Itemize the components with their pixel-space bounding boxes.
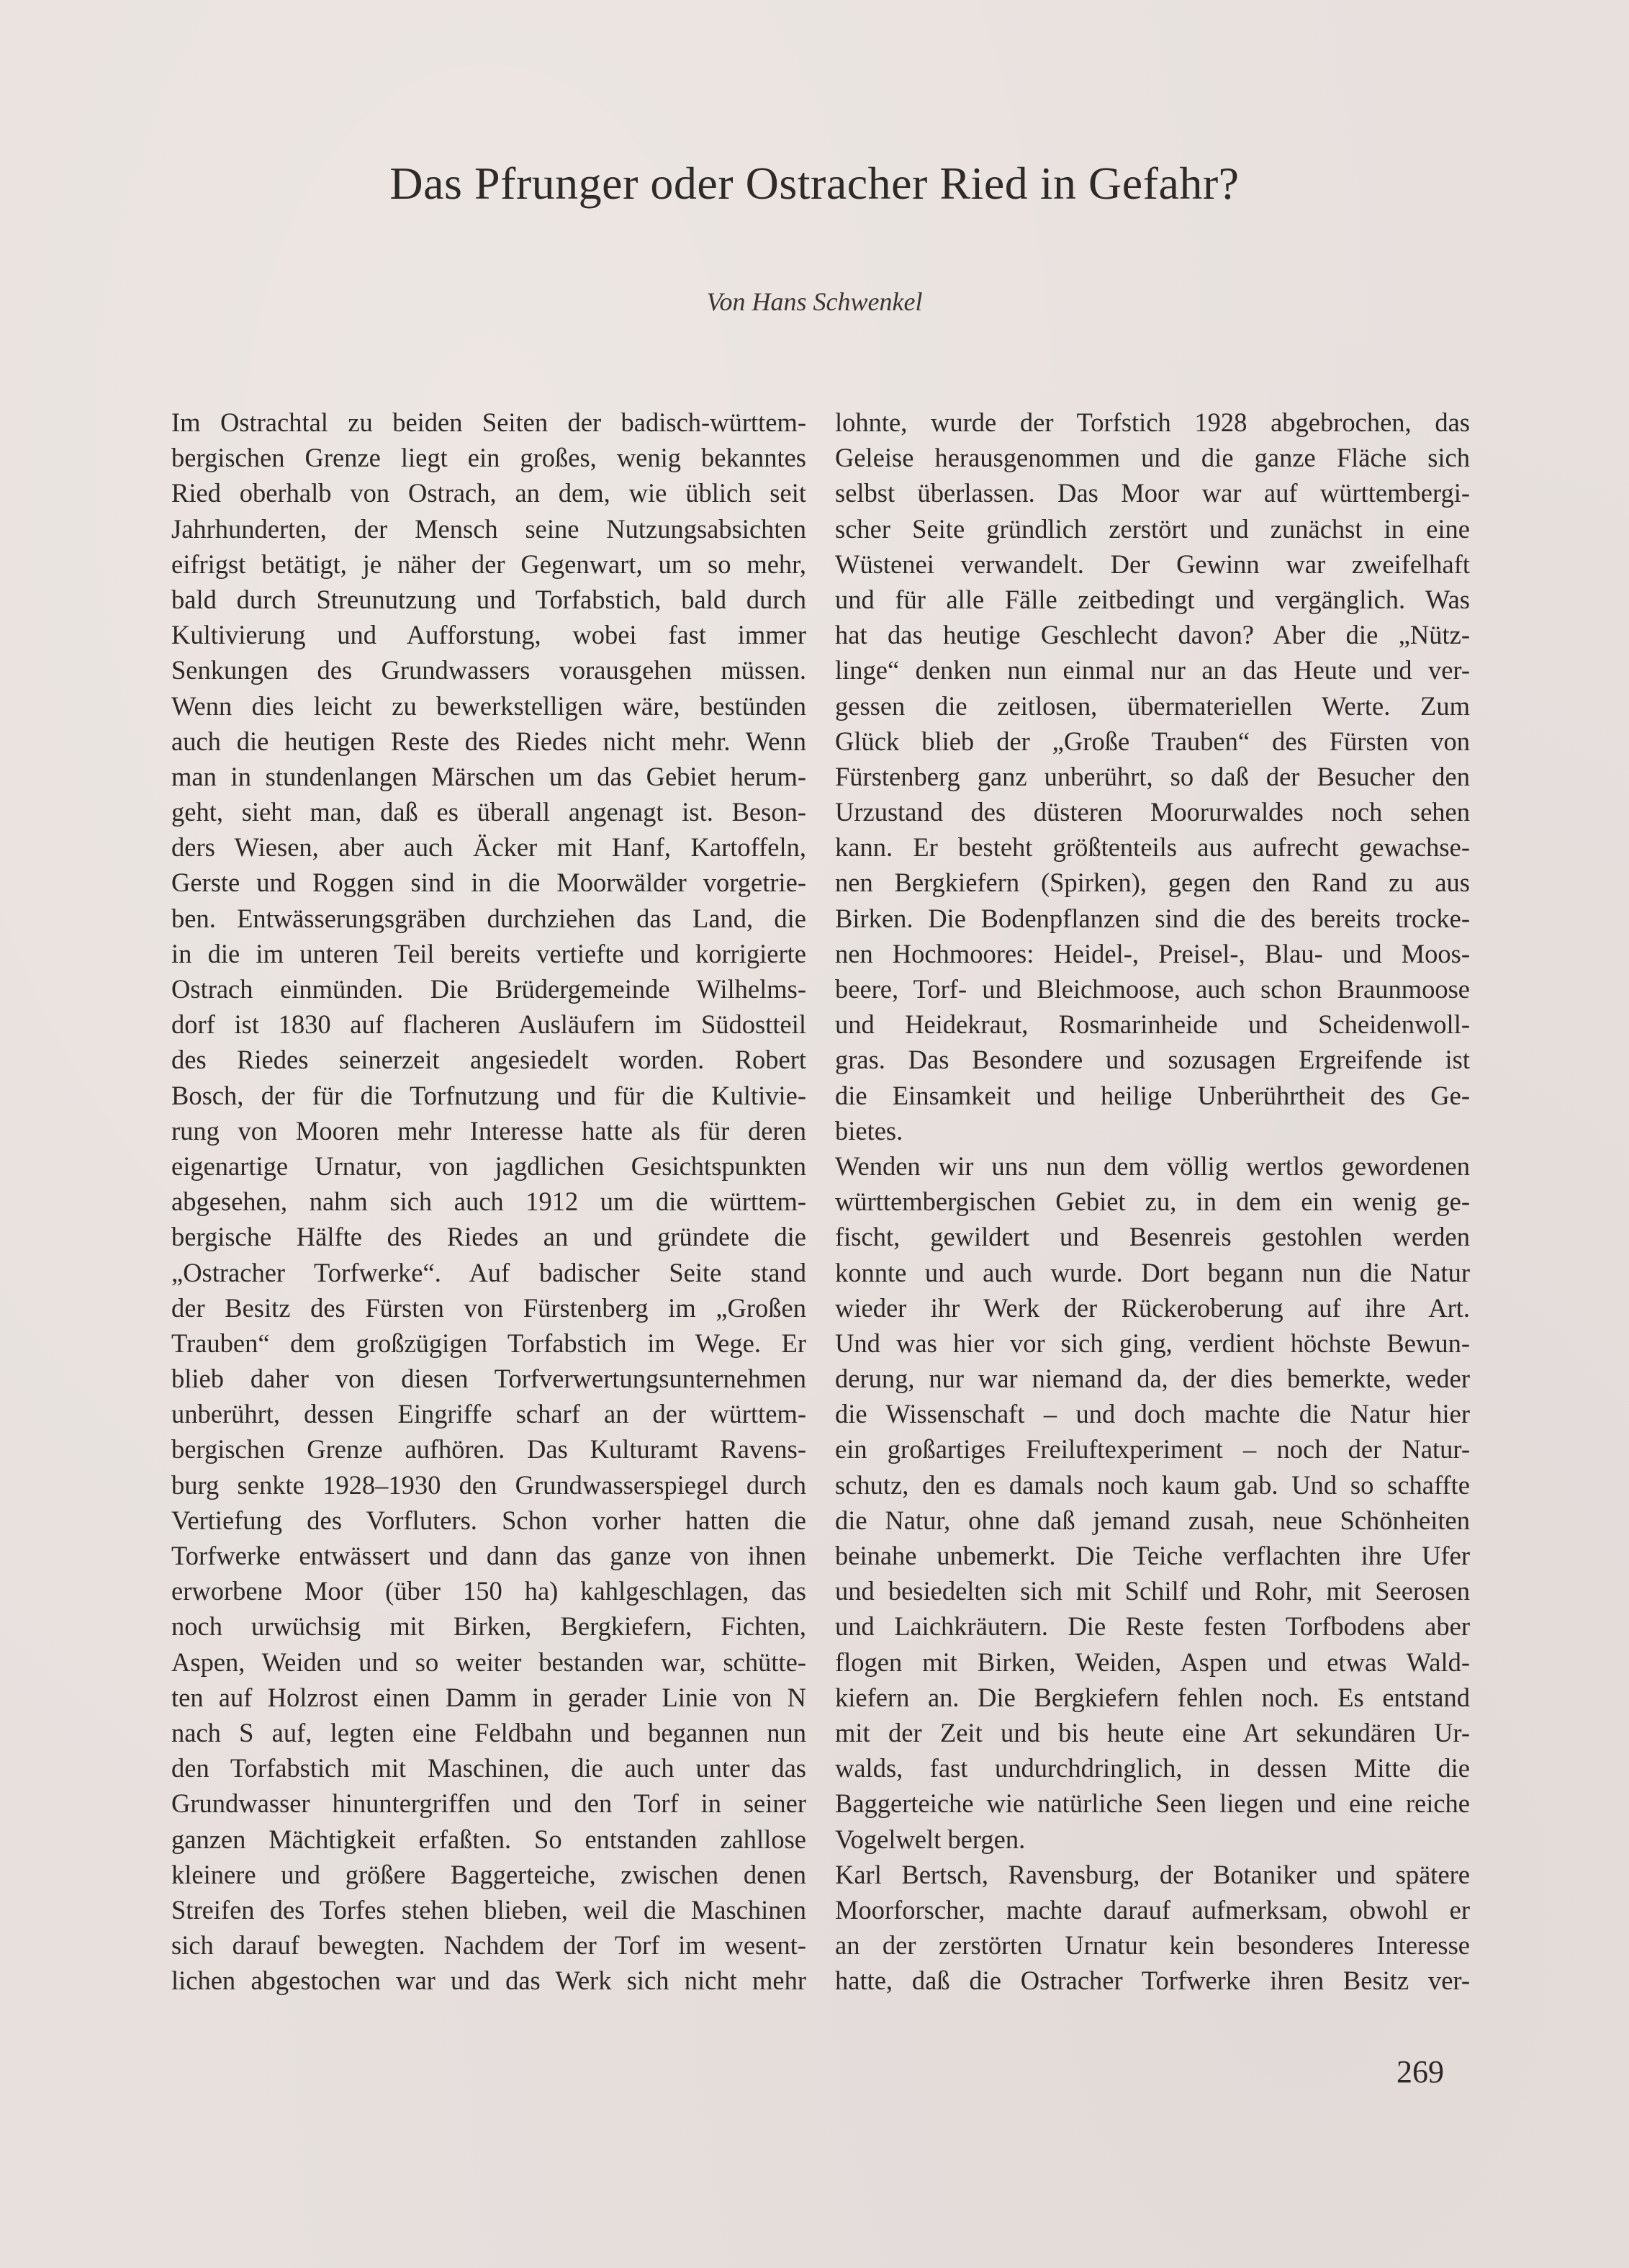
text-line: ders Wiesen, aber auch Äcker mit Hanf, K… [171,829,806,865]
text-line: und für alle Fälle zeitbedingt und vergä… [835,582,1470,617]
text-line: Wüstenei verwandelt. Der Gewinn war zwei… [835,546,1470,582]
text-line: unberührt, dessen Eingriffe scharf an de… [171,1396,806,1431]
text-line: dorf ist 1830 auf flacheren Ausläufern i… [171,1007,806,1042]
text-line: konnte und auch wurde. Dort begann nun d… [835,1255,1470,1290]
scanned-page: Das Pfrunger oder Ostracher Ried in Gefa… [0,0,1629,2268]
text-line: Streifen des Torfes stehen blieben, weil… [171,1892,806,1927]
text-line: erworbene Moor (über 150 ha) kahlgeschla… [171,1573,806,1608]
text-line: blieb daher von diesen Torfverwertungsun… [171,1361,806,1396]
text-line: fischt, gewildert und Besenreis gestohle… [835,1219,1470,1254]
text-line: schutz, den es damals noch kaum gab. Und… [835,1467,1470,1503]
author-byline: Von Hans Schwenkel [0,287,1629,317]
text-line: in die im unteren Teil bereits vertiefte… [171,936,806,971]
text-line: Ried oberhalb von Ostrach, an dem, wie ü… [171,475,806,510]
text-line: Aspen, Weiden und so weiter bestanden wa… [171,1644,806,1680]
text-line: ten auf Holzrost einen Damm in gerader L… [171,1680,806,1715]
text-line: kleinere und größere Baggerteiche, zwisc… [171,1857,806,1892]
text-line: Fürstenberg ganz unberührt, so daß der B… [835,759,1470,794]
text-line: Urzustand des düsteren Moorurwaldes noch… [835,794,1470,829]
text-line: den Torfabstich mit Maschinen, die auch … [171,1750,806,1786]
text-line: Torfwerke entwässert und dann das ganze … [171,1538,806,1573]
text-line: auch die heutigen Reste des Riedes nicht… [171,724,806,759]
text-line: Und was hier vor sich ging, verdient höc… [835,1326,1470,1361]
text-line: bald durch Streunutzung und Torfabstich,… [171,582,806,617]
text-line: Senkungen des Grundwassers vorausgehen m… [171,652,806,688]
text-line: bergischen Grenze aufhören. Das Kulturam… [171,1431,806,1467]
text-line: Ostrach einmünden. Die Brüdergemeinde Wi… [171,971,806,1007]
text-line: württembergischen Gebiet zu, in dem ein … [835,1184,1470,1219]
text-line: Wenden wir uns nun dem völlig wertlos ge… [835,1148,1470,1184]
text-line: nen Hochmoores: Heidel-, Preisel-, Blau-… [835,936,1470,971]
text-line: burg senkte 1928–1930 den Grundwasserspi… [171,1467,806,1503]
text-line: Gerste und Roggen sind in die Moorwälder… [171,865,806,900]
text-line: nach S auf, legten eine Feldbahn und beg… [171,1715,806,1750]
text-line: derung, nur war niemand da, der dies bem… [835,1361,1470,1396]
text-line: noch urwüchsig mit Birken, Bergkiefern, … [171,1608,806,1644]
text-line: Karl Bertsch, Ravensburg, der Botaniker … [835,1857,1470,1892]
text-line: linge“ denken nun einmal nur an das Heut… [835,652,1470,688]
text-line: ben. Entwässerungsgräben durchziehen das… [171,901,806,936]
text-line: beinahe unbemerkt. Die Teiche verflachte… [835,1538,1470,1573]
text-line: Jahrhunderten, der Mensch seine Nutzungs… [171,511,806,546]
text-line: lichen abgestochen war und das Werk sich… [171,1963,806,1998]
text-line: hat das heutige Geschlecht davon? Aber d… [835,617,1470,652]
text-line: beere, Torf- und Bleichmoose, auch schon… [835,971,1470,1007]
text-line: bergische Hälfte des Riedes an und gründ… [171,1219,806,1254]
text-line: und Laichkräutern. Die Reste festen Torf… [835,1608,1470,1644]
text-line: die Wissenschaft – und doch machte die N… [835,1396,1470,1431]
text-line: die Einsamkeit und heilige Unberührtheit… [835,1078,1470,1113]
text-line: der Besitz des Fürsten von Fürstenberg i… [171,1290,806,1326]
text-line: bietes. [835,1113,1470,1148]
text-line: flogen mit Birken, Weiden, Aspen und etw… [835,1644,1470,1680]
text-column-right: lohnte, wurde der Torfstich 1928 abgebro… [835,405,1470,1998]
text-line: sich darauf bewegten. Nachdem der Torf i… [171,1927,806,1963]
article-title: Das Pfrunger oder Ostracher Ried in Gefa… [0,157,1629,210]
text-line: walds, fast undurchdringlich, in dessen … [835,1750,1470,1786]
text-line: mit der Zeit und bis heute eine Art seku… [835,1715,1470,1750]
text-line: die Natur, ohne daß jemand zusah, neue S… [835,1503,1470,1538]
text-line: wieder ihr Werk der Rückeroberung auf ih… [835,1290,1470,1326]
text-line: und Heidekraut, Rosmarinheide und Scheid… [835,1007,1470,1042]
text-line: Bosch, der für die Torfnutzung und für d… [171,1078,806,1113]
text-line: Trauben“ dem großzügigen Torfabstich im … [171,1326,806,1361]
text-line: ganzen Mächtigkeit erfaßten. So entstand… [171,1822,806,1857]
text-line: Kultivierung und Aufforstung, wobei fast… [171,617,806,652]
text-line: scher Seite gründlich zerstört und zunäc… [835,511,1470,546]
text-line: Grundwasser hinuntergriffen und den Torf… [171,1786,806,1821]
text-line: gessen die zeitlosen, übermateriellen We… [835,688,1470,724]
text-line: hatte, daß die Ostracher Torfwerke ihren… [835,1963,1470,1998]
text-line: kann. Er besteht größtenteils aus aufrec… [835,829,1470,865]
text-line: man in stundenlangen Märschen um das Geb… [171,759,806,794]
page-number: 269 [1396,2053,1444,2090]
text-line: Wenn dies leicht zu bewerkstelligen wäre… [171,688,806,724]
text-line: Vogelwelt bergen. [835,1822,1470,1857]
text-line: Moorforscher, machte darauf aufmerksam, … [835,1892,1470,1927]
text-line: selbst überlassen. Das Moor war auf würt… [835,475,1470,510]
text-line: nen Bergkiefern (Spirken), gegen den Ran… [835,865,1470,900]
text-line: eifrigst betätigt, je näher der Gegenwar… [171,546,806,582]
text-line: gras. Das Besondere und sozusagen Ergrei… [835,1042,1470,1077]
text-line: an der zerstörten Urnatur kein besondere… [835,1927,1470,1963]
text-line: Baggerteiche wie natürliche Seen liegen … [835,1786,1470,1821]
text-line: Birken. Die Bodenpflanzen sind die des b… [835,901,1470,936]
text-line: lohnte, wurde der Torfstich 1928 abgebro… [835,405,1470,440]
text-line: kiefern an. Die Bergkiefern fehlen noch.… [835,1680,1470,1715]
text-line: Vertiefung des Vorfluters. Schon vorher … [171,1503,806,1538]
text-line: bergischen Grenze liegt ein großes, weni… [171,440,806,475]
text-line: abgesehen, nahm sich auch 1912 um die wü… [171,1184,806,1219]
text-line: rung von Mooren mehr Interesse hatte als… [171,1113,806,1148]
text-line: „Ostracher Torfwerke“. Auf badischer Sei… [171,1255,806,1290]
text-line: und besiedelten sich mit Schilf und Rohr… [835,1573,1470,1608]
text-line: ein großartiges Freiluftexperiment – noc… [835,1431,1470,1467]
text-line: Im Ostrachtal zu beiden Seiten der badis… [171,405,806,440]
text-line: Glück blieb der „Große Trauben“ des Fürs… [835,724,1470,759]
text-line: geht, sieht man, daß es überall angenagt… [171,794,806,829]
text-line: eigenartige Urnatur, von jagdlichen Gesi… [171,1148,806,1184]
text-column-left: Im Ostrachtal zu beiden Seiten der badis… [171,405,806,1998]
text-line: Geleise herausgenommen und die ganze Flä… [835,440,1470,475]
text-line: des Riedes seinerzeit angesiedelt worden… [171,1042,806,1077]
